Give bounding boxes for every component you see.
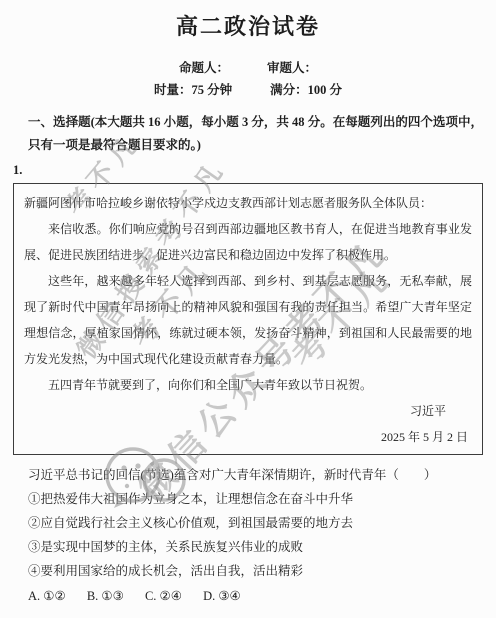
choice-c: C. ②④: [145, 589, 182, 603]
section-heading: 一、选择题(本大题共 16 小题，每小题 3 分，共 48 分。在每题列出的四个…: [28, 111, 483, 157]
option-item: ②应自觉践行社会主义核心价值观，到祖国最需要的地方去: [28, 512, 483, 535]
option-item: ①把热爱伟大祖国作为立身之本，让理想信念在奋斗中升华: [28, 488, 483, 511]
letter-paragraph: 这些年，越来越多年轻人选择到西部、到乡村、到基层志愿服务，无私奉献，展现了新时代…: [24, 268, 472, 372]
letter-paragraph: 五四青年节就要到了，向你们和全国广大青年致以节日祝贺。: [24, 372, 472, 398]
duration-label: 时量：75 分钟: [154, 79, 232, 101]
meta-row-scoring: 时量：75 分钟 满分：100 分: [13, 79, 483, 101]
letter-paragraph: 来信收悉。你们响应党的号召到西部边疆地区教书育人，在促进当地教育事业发展、促进民…: [24, 216, 472, 268]
option-item: ③是实现中国梦的主体，关系民族复兴伟业的成败: [28, 536, 483, 559]
choice-b: B. ①③: [87, 589, 124, 603]
proposer-label: 命题人：: [179, 57, 229, 79]
full-score-label: 满分：100 分: [270, 79, 342, 101]
question-stem: 习近平总书记的回信(节选)蕴含对广大青年深情期许，新时代青年（ ）: [28, 464, 483, 487]
letter-date: 2025 年 5 月 2 日: [24, 424, 472, 450]
answer-choices: A. ①② B. ①③ C. ②④ D. ③④: [28, 585, 483, 608]
meta-row-people: 命题人： 审题人：: [13, 57, 483, 79]
choice-a: A. ①②: [28, 589, 66, 603]
choice-d: D. ③④: [203, 589, 241, 603]
page-title: 高二政治试卷: [13, 10, 483, 41]
letter-salutation: 新疆阿图什市哈拉峻乡谢依特小学戍边支教西部计划志愿者服务队全体队员：: [24, 190, 472, 216]
reviewer-label: 审题人：: [267, 57, 317, 79]
question-number: 1.: [13, 161, 483, 179]
letter-box: 新疆阿图什市哈拉峻乡谢依特小学戍边支教西部计划志愿者服务队全体队员： 来信收悉。…: [13, 183, 483, 455]
letter-signature: 习近平: [24, 398, 472, 424]
exam-page: 高二政治试卷 命题人： 审题人： 时量：75 分钟 满分：100 分 一、选择题…: [0, 0, 496, 618]
option-item: ④要利用国家给的成长机会，活出自我，活出精彩: [28, 560, 483, 583]
